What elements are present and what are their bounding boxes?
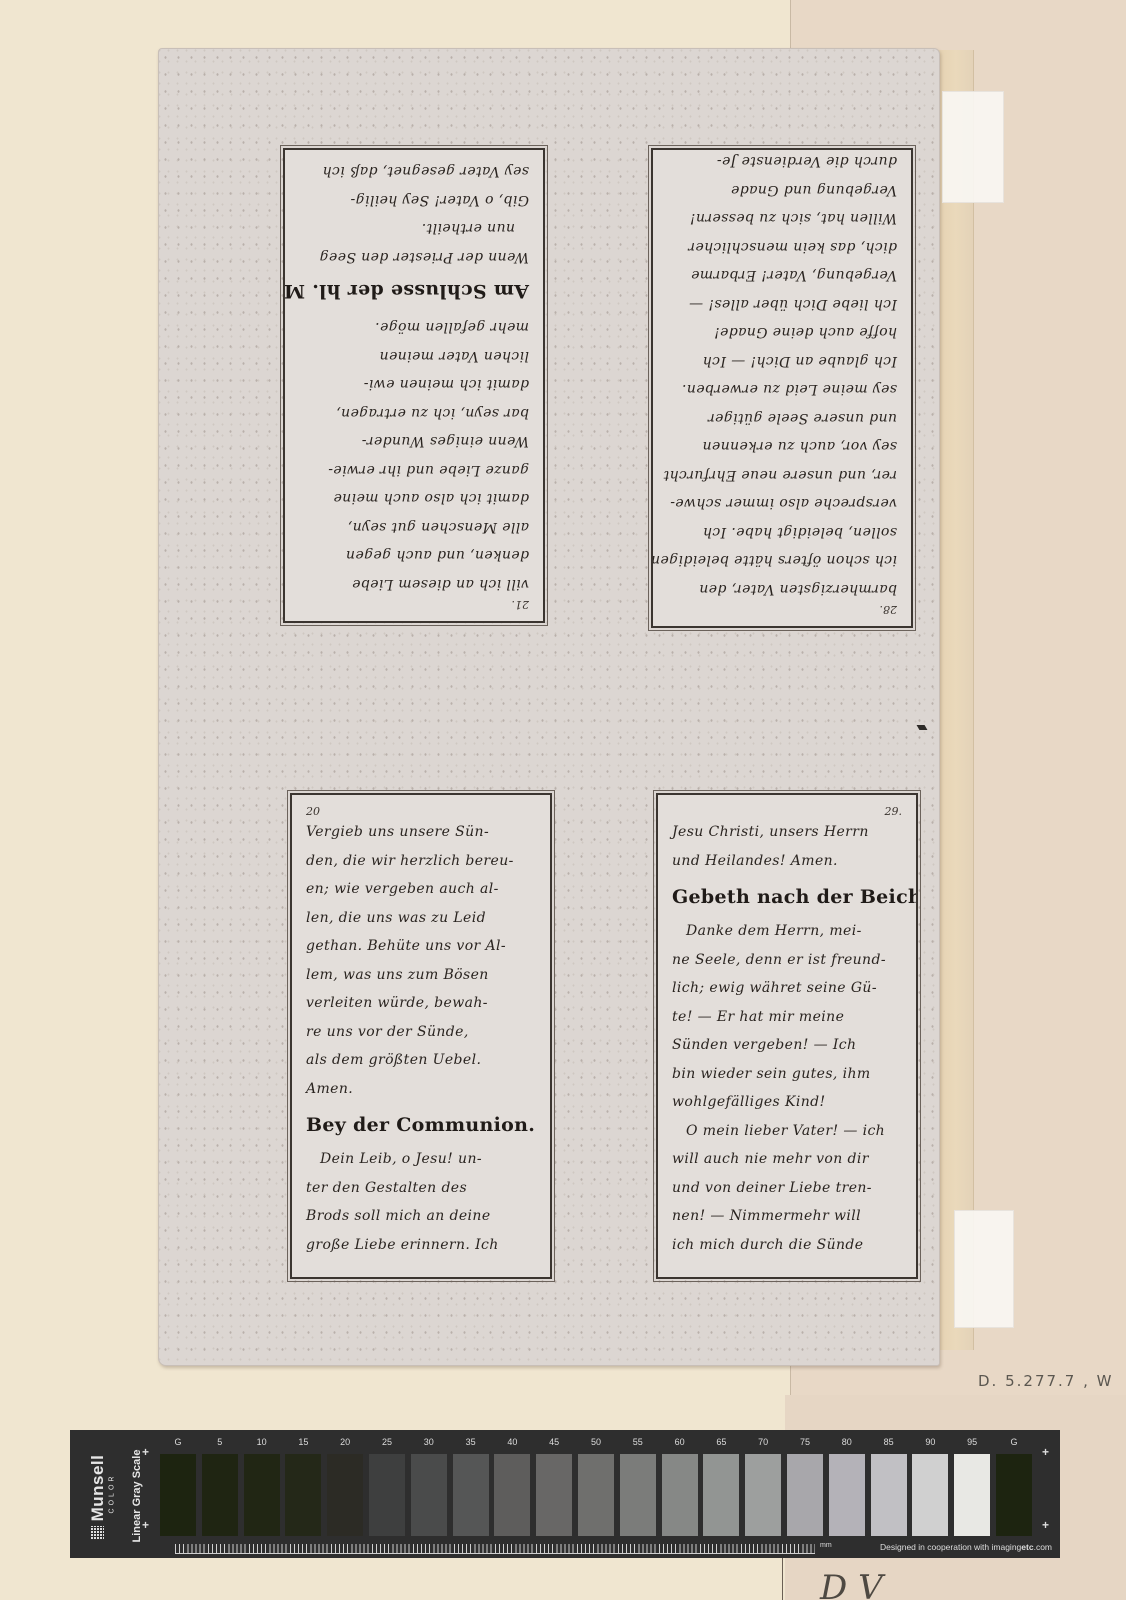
- credit-bold: etc: [1021, 1542, 1033, 1552]
- swatch-label: 50: [578, 1437, 614, 1447]
- brand-subtitle: COLOR: [109, 1444, 116, 1544]
- gray-swatch: [160, 1454, 196, 1536]
- gray-swatch: [494, 1454, 530, 1536]
- gray-swatch: [787, 1454, 823, 1536]
- gray-swatch: [411, 1454, 447, 1536]
- text-line: vill ich an diesem Liebe: [299, 570, 529, 599]
- text-line: Danke dem Herrn, mei-: [672, 917, 902, 946]
- swatch-label: 90: [912, 1437, 948, 1447]
- text-line: ter den Gestalten des: [306, 1174, 536, 1203]
- page-number: 29.: [672, 805, 902, 818]
- page-21-panel: 21. vill ich an diesem Liebe denken, und…: [283, 148, 545, 623]
- text-line: sey vor, auch zu erkennen: [667, 432, 897, 461]
- credit-suffix: .com: [1034, 1542, 1052, 1552]
- text-line: lichen Vater meinen: [299, 342, 529, 371]
- brand-name: Munsell: [88, 1438, 108, 1538]
- gray-swatch: [202, 1454, 238, 1536]
- swatch-label: 5: [202, 1437, 238, 1447]
- handwritten-signature-fragment: D V: [820, 1568, 883, 1600]
- gray-swatch: [996, 1454, 1032, 1536]
- gray-swatch: [369, 1454, 405, 1536]
- text-line: nen! — Nimmermehr will: [672, 1202, 902, 1231]
- gray-swatch: [912, 1454, 948, 1536]
- gray-swatch: [620, 1454, 656, 1536]
- registration-plus-icon: +: [142, 1518, 149, 1532]
- gray-swatch: [871, 1454, 907, 1536]
- page-number: 28.: [667, 603, 897, 616]
- gray-swatch: [578, 1454, 614, 1536]
- text-line: ne Seele, denn er ist freund-: [672, 946, 902, 975]
- text-line: dich, das kein menschlicher: [667, 233, 897, 262]
- swatch-label: 75: [787, 1437, 823, 1447]
- text-line: sollen, beleidigt habe. Ich: [667, 518, 897, 547]
- text-line: Gib, o Vater! Sey heilig-: [299, 186, 529, 215]
- swatch-label: G: [160, 1437, 196, 1447]
- text-line: große Liebe erinnern. Ich: [306, 1231, 536, 1260]
- gray-swatch: [285, 1454, 321, 1536]
- text-line: verleiten würde, bewah-: [306, 989, 536, 1018]
- text-line: lem, was uns zum Bösen: [306, 961, 536, 990]
- text-line: Wenn einiges Wunder-: [299, 427, 529, 456]
- gray-swatch: [703, 1454, 739, 1536]
- text-line: wohlgefälliges Kind!: [672, 1088, 902, 1117]
- munsell-logo-icon: [90, 1526, 104, 1540]
- card-branding: Munsell COLOR Linear Gray Scale: [78, 1434, 138, 1554]
- registration-plus-icon: +: [142, 1445, 149, 1459]
- text-line: will auch nie mehr von dir: [672, 1145, 902, 1174]
- text-line: rer, und unsere neue Ehrfurcht: [667, 461, 897, 490]
- page-29-panel: 29. Jesu Christi, unsers Herrn und Heila…: [656, 793, 918, 1279]
- swatch-label: 35: [453, 1437, 489, 1447]
- text-line: nun ertheilt.: [299, 214, 529, 243]
- mounting-tape-top: [942, 91, 1004, 203]
- text-line: ich mich durch die Sünde: [672, 1231, 902, 1260]
- swatch-label: 10: [244, 1437, 280, 1447]
- text-line: Amen.: [306, 1075, 536, 1104]
- gray-swatches: G5101520253035404550556065707580859095G: [160, 1430, 1050, 1558]
- swatch-label: 25: [369, 1437, 405, 1447]
- gray-swatch: [453, 1454, 489, 1536]
- swatch-label: 40: [494, 1437, 530, 1447]
- page-20-panel: 20 Vergieb uns unsere Sün- den, die wir …: [290, 793, 552, 1279]
- text-line: sey Vater gesegnet, daß ich: [299, 157, 529, 186]
- text-line: re uns vor der Sünde,: [306, 1018, 536, 1047]
- text-line: te! — Er hat mir meine: [672, 1003, 902, 1032]
- text-line: damit ich also auch meine: [299, 484, 529, 513]
- gray-swatch: [244, 1454, 280, 1536]
- text-line: denken, und auch gegen: [299, 541, 529, 570]
- credit-prefix: Designed in cooperation with imaging: [880, 1542, 1021, 1552]
- swatch-label: G: [996, 1437, 1032, 1447]
- swatch-label: 65: [703, 1437, 739, 1447]
- credit-text: Designed in cooperation with imagingetc.…: [880, 1542, 1052, 1552]
- swatch-label: 15: [285, 1437, 321, 1447]
- mounting-tape-bottom: [954, 1210, 1014, 1328]
- text-line: O mein lieber Vater! — ich: [672, 1117, 902, 1146]
- mm-ruler: [175, 1544, 815, 1554]
- text-line: verspreche also immer schwe-: [667, 489, 897, 518]
- gray-scale-card: Munsell COLOR Linear Gray Scale + + + + …: [70, 1430, 1060, 1558]
- section-heading: Am Schlusse der hl. Messe.: [299, 273, 529, 309]
- text-line: den, die wir herzlich bereu-: [306, 847, 536, 876]
- text-line: und unsere Seele gütiger: [667, 404, 897, 433]
- page-28-panel: 28. barmherzigsten Vater, den ich schon …: [651, 148, 913, 628]
- text-line: Vergebung, Vater! Erbarme: [667, 261, 897, 290]
- text-line: und von deiner Liebe tren-: [672, 1174, 902, 1203]
- text-line: bar seyn, ich zu ertragen,: [299, 399, 529, 428]
- text-line: Sünden vergeben! — Ich: [672, 1031, 902, 1060]
- text-line: sey meine Leid zu erwerben.: [667, 375, 897, 404]
- text-line: Willen hat, sich zu bessern!: [667, 204, 897, 233]
- gray-swatch: [954, 1454, 990, 1536]
- swatch-label: 45: [536, 1437, 572, 1447]
- section-heading: Bey der Communion.: [306, 1107, 536, 1143]
- ruler-unit-label: mm: [820, 1542, 832, 1549]
- text-line: Ich liebe Dich über alles! —: [667, 290, 897, 319]
- text-line: Wenn der Priester den Seeg: [299, 243, 529, 272]
- page-number: 21.: [299, 598, 529, 611]
- text-line: Vergebung und Gnade: [667, 176, 897, 205]
- text-line: bin wieder sein gutes, ihm: [672, 1060, 902, 1089]
- text-line: Jesu Christi, unsers Herrn: [672, 818, 902, 847]
- text-line: ganze Liebe und ihr erwie-: [299, 456, 529, 485]
- text-line: als dem größten Uebel.: [306, 1046, 536, 1075]
- text-line: Dein Leib, o Jesu! un-: [306, 1145, 536, 1174]
- text-line: damit ich meinen ewi-: [299, 370, 529, 399]
- text-line: lich; ewig währet seine Gü-: [672, 974, 902, 1003]
- section-heading: Gebeth nach der Beicht.: [672, 879, 902, 915]
- gray-swatch: [327, 1454, 363, 1536]
- text-line: barmherzigsten Vater, den: [667, 575, 897, 604]
- swatch-label: 55: [620, 1437, 656, 1447]
- text-line: Vergieb uns unsere Sün-: [306, 818, 536, 847]
- text-line: mehr gefallen möge.: [299, 313, 529, 342]
- text-line: durch die Verdienste Je-: [667, 148, 897, 176]
- text-line: Ich glaube an Dich! — Ich: [667, 347, 897, 376]
- gray-swatch: [662, 1454, 698, 1536]
- catalog-mark: D. 5.277.7 , W: [978, 1372, 1113, 1390]
- text-line: und Heilandes! Amen.: [672, 847, 902, 876]
- gray-swatch: [745, 1454, 781, 1536]
- text-line: alle Menschen gut seyn,: [299, 513, 529, 542]
- swatch-label: 85: [871, 1437, 907, 1447]
- swatch-label: 20: [327, 1437, 363, 1447]
- swatch-label: 95: [954, 1437, 990, 1447]
- text-line: len, die uns was zu Leid: [306, 904, 536, 933]
- text-line: gethan. Behüte uns vor Al-: [306, 932, 536, 961]
- text-line: ich schon öfters hätte beleidigen: [667, 546, 897, 575]
- swatch-label: 80: [829, 1437, 865, 1447]
- text-line: hoffe auch deine Gnade!: [667, 318, 897, 347]
- swatch-label: 30: [411, 1437, 447, 1447]
- page-number: 20: [306, 805, 536, 818]
- text-line: en; wie vergeben auch al-: [306, 875, 536, 904]
- gray-swatch: [829, 1454, 865, 1536]
- swatch-label: 70: [745, 1437, 781, 1447]
- gray-swatch: [536, 1454, 572, 1536]
- text-line: Brods soll mich an deine: [306, 1202, 536, 1231]
- swatch-label: 60: [662, 1437, 698, 1447]
